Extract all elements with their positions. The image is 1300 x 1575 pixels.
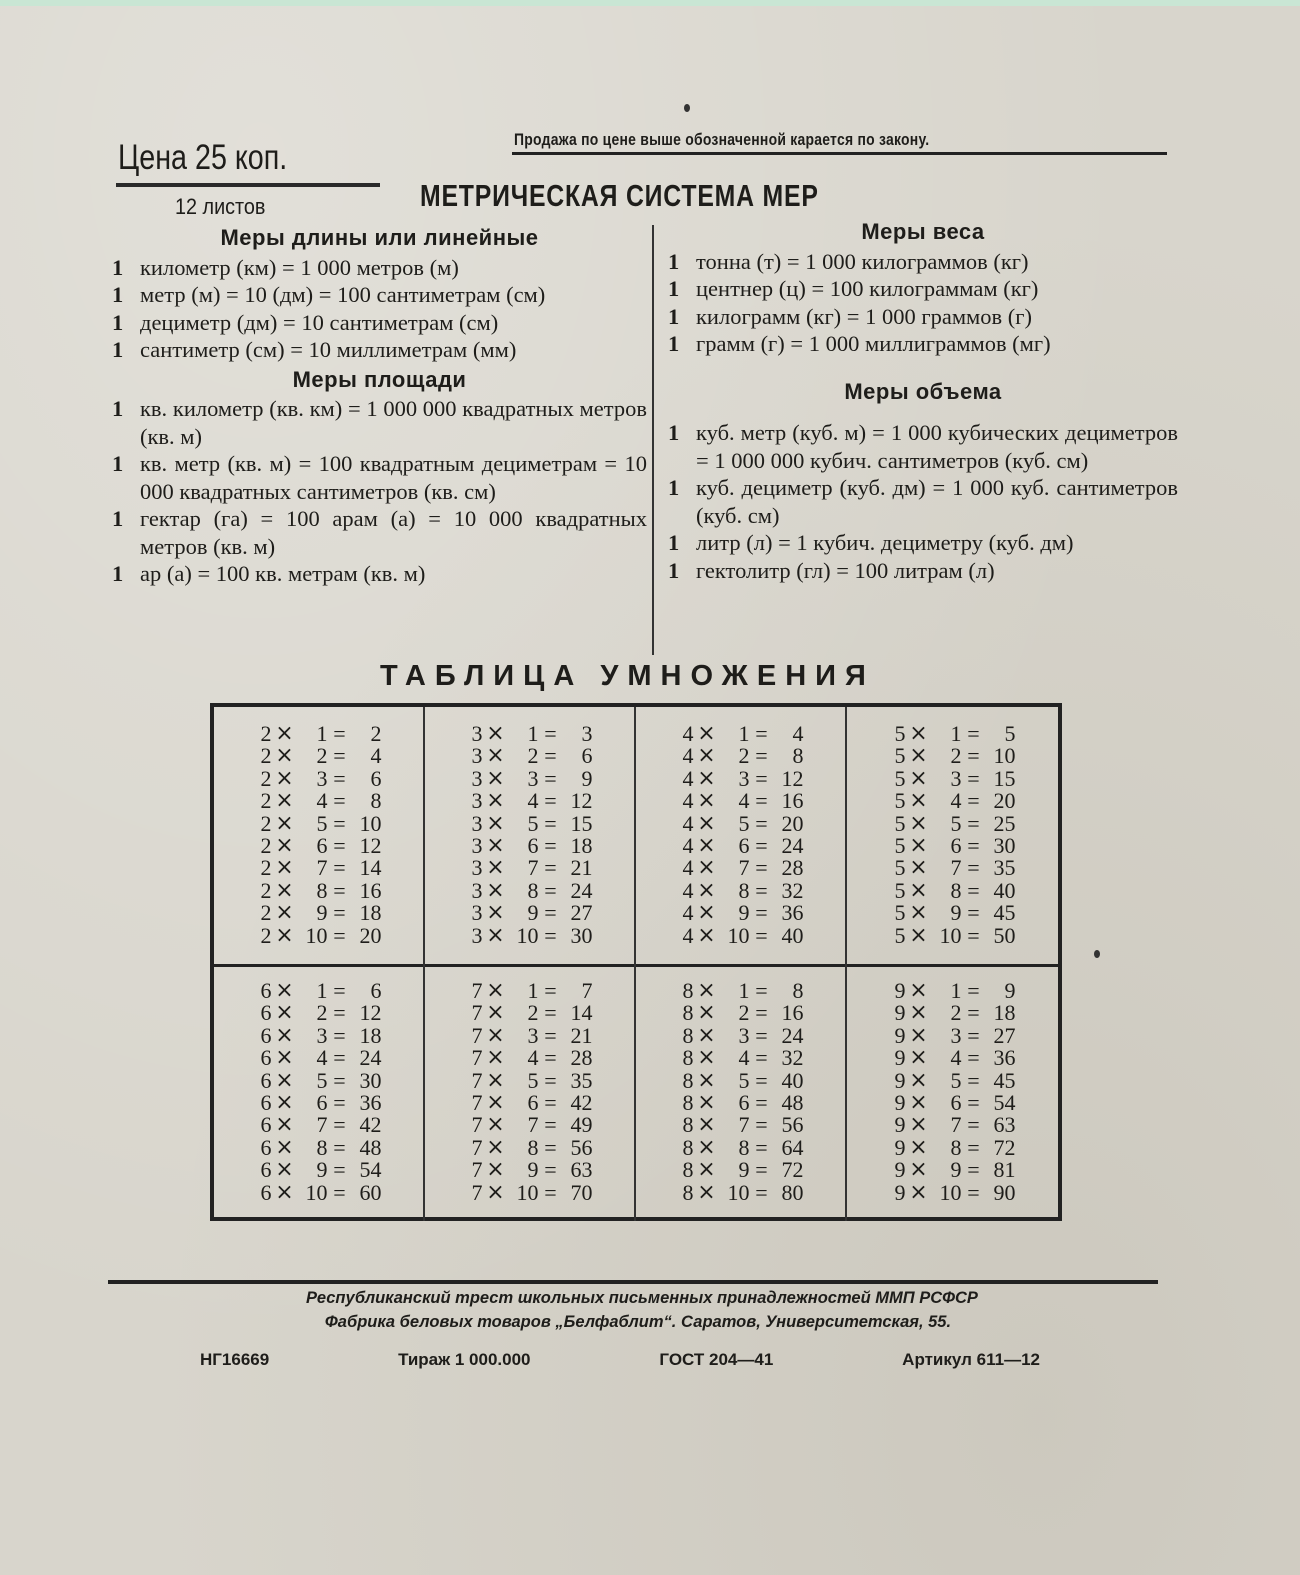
equals-sign: =	[328, 768, 352, 790]
multiplier-value: 9	[720, 1159, 750, 1181]
base-value: 8	[678, 1092, 694, 1114]
equals-sign: =	[962, 1182, 986, 1204]
times-icon: ×	[694, 857, 720, 879]
times-table-row: 6×1=6	[256, 980, 382, 1002]
result-value: 18	[352, 902, 382, 924]
times-table-row: 8×3=24	[678, 1025, 804, 1047]
result-value: 4	[774, 723, 804, 745]
times-icon: ×	[906, 1002, 932, 1024]
times-icon: ×	[906, 745, 932, 767]
multiplier-value: 6	[720, 1092, 750, 1114]
times-table-rows: 8×1=88×2=168×3=248×4=328×5=408×6=488×7=5…	[678, 980, 804, 1221]
result-value: 3	[563, 723, 593, 745]
times-table-5: 5×1=55×2=105×3=155×4=205×5=255×6=305×7=3…	[847, 707, 1058, 964]
times-table-row: 6×6=36	[256, 1092, 382, 1114]
result-value: 49	[563, 1114, 593, 1136]
multiplier-value: 5	[720, 1070, 750, 1092]
result-value: 6	[352, 768, 382, 790]
times-icon: ×	[272, 925, 298, 947]
equals-sign: =	[750, 1114, 774, 1136]
result-value: 63	[986, 1114, 1016, 1136]
times-table-row: 9×2=18	[890, 1002, 1016, 1024]
times-icon: ×	[272, 902, 298, 924]
equals-sign: =	[962, 835, 986, 857]
multiplier-value: 8	[509, 1137, 539, 1159]
times-table-row: 2×3=6	[256, 768, 382, 790]
result-value: 24	[774, 1025, 804, 1047]
base-value: 2	[256, 835, 272, 857]
multiplier-value: 2	[932, 745, 962, 767]
multiplier-value: 2	[298, 745, 328, 767]
equals-sign: =	[539, 768, 563, 790]
notebook-back-cover: Цена 25 коп. 12 листов Продажа по цене в…	[0, 0, 1300, 1575]
equals-sign: =	[750, 1159, 774, 1181]
base-value: 7	[467, 1137, 483, 1159]
result-value: 8	[352, 790, 382, 812]
times-table-row: 3×6=18	[467, 835, 593, 857]
equals-sign: =	[750, 1025, 774, 1047]
equals-sign: =	[328, 1047, 352, 1069]
result-value: 5	[986, 723, 1016, 745]
times-icon: ×	[272, 813, 298, 835]
base-value: 7	[467, 1092, 483, 1114]
equals-sign: =	[962, 1002, 986, 1024]
equals-sign: =	[750, 1182, 774, 1204]
multiplier-value: 10	[720, 1182, 750, 1204]
base-value: 5	[890, 835, 906, 857]
notice-underline	[512, 152, 1167, 155]
times-table-row: 8×7=56	[678, 1114, 804, 1136]
multiplier-value: 8	[298, 880, 328, 902]
section-gap	[668, 358, 1178, 376]
equals-sign: =	[962, 980, 986, 1002]
times-table-row: 2×9=18	[256, 902, 382, 924]
multiplier-value: 3	[720, 768, 750, 790]
times-icon: ×	[272, 1070, 298, 1092]
times-icon: ×	[272, 768, 298, 790]
multiplier-value: 8	[932, 1137, 962, 1159]
times-icon: ×	[272, 1047, 298, 1069]
times-table-row: 8×6=48	[678, 1092, 804, 1114]
weight-entry: 1тонна (т) = 1 000 килограммов (кг)	[668, 248, 1178, 276]
result-value: 70	[563, 1182, 593, 1204]
times-table-row: 6×4=24	[256, 1047, 382, 1069]
result-value: 42	[563, 1092, 593, 1114]
multiplier-value: 7	[932, 857, 962, 879]
base-value: 7	[467, 1182, 483, 1204]
times-table-row: 6×9=54	[256, 1159, 382, 1181]
volume-section-title: Меры объема	[668, 378, 1178, 406]
base-value: 4	[678, 835, 694, 857]
base-value: 3	[467, 902, 483, 924]
multiplier-value: 9	[509, 1159, 539, 1181]
times-icon: ×	[272, 835, 298, 857]
weight-entry: 1грамм (г) = 1 000 миллиграммов (мг)	[668, 330, 1178, 358]
times-table-row: 8×9=72	[678, 1159, 804, 1181]
times-table-row: 9×9=81	[890, 1159, 1016, 1181]
base-value: 3	[467, 925, 483, 947]
base-value: 7	[467, 1159, 483, 1181]
equals-sign: =	[539, 1092, 563, 1114]
times-icon: ×	[483, 1114, 509, 1136]
times-table-row: 2×6=12	[256, 835, 382, 857]
result-value: 27	[986, 1025, 1016, 1047]
times-table-rows: 7×1=77×2=147×3=217×4=287×5=357×6=427×7=4…	[467, 980, 593, 1221]
result-value: 50	[986, 925, 1016, 947]
result-value: 9	[986, 980, 1016, 1002]
base-value: 4	[678, 723, 694, 745]
times-icon: ×	[694, 1182, 720, 1204]
times-table-4: 4×1=44×2=84×3=124×4=164×5=204×6=244×7=28…	[636, 707, 847, 964]
times-icon: ×	[906, 857, 932, 879]
multiplier-value: 9	[720, 902, 750, 924]
times-table-row: 5×10=50	[890, 925, 1016, 947]
multiplier-value: 2	[298, 1002, 328, 1024]
base-value: 2	[256, 768, 272, 790]
base-value: 7	[467, 1114, 483, 1136]
equals-sign: =	[750, 980, 774, 1002]
multiplier-value: 4	[509, 1047, 539, 1069]
times-table-row: 7×10=70	[467, 1182, 593, 1204]
base-value: 5	[890, 925, 906, 947]
times-table-row: 3×7=21	[467, 857, 593, 879]
equals-sign: =	[328, 857, 352, 879]
result-value: 24	[774, 835, 804, 857]
print-code: НГ16669	[200, 1350, 269, 1370]
result-value: 12	[352, 1002, 382, 1024]
result-value: 56	[563, 1137, 593, 1159]
times-table-row: 2×5=10	[256, 813, 382, 835]
times-icon: ×	[272, 1159, 298, 1181]
result-value: 45	[986, 902, 1016, 924]
result-value: 8	[774, 980, 804, 1002]
equals-sign: =	[539, 1025, 563, 1047]
times-table-row: 5×8=40	[890, 880, 1016, 902]
result-value: 32	[774, 1047, 804, 1069]
area-entry: 1ар (а) = 100 кв. метрам (кв. м)	[112, 560, 647, 588]
base-value: 2	[256, 745, 272, 767]
times-icon: ×	[483, 880, 509, 902]
result-value: 35	[986, 857, 1016, 879]
multiplier-value: 4	[932, 1047, 962, 1069]
result-value: 25	[986, 813, 1016, 835]
multiplier-value: 1	[298, 723, 328, 745]
times-table-row: 9×8=72	[890, 1137, 1016, 1159]
equals-sign: =	[750, 723, 774, 745]
times-icon: ×	[694, 1070, 720, 1092]
equals-sign: =	[328, 723, 352, 745]
equals-sign: =	[328, 835, 352, 857]
times-table-rows: 9×1=99×2=189×3=279×4=369×5=459×6=549×7=6…	[890, 980, 1016, 1221]
base-value: 6	[256, 980, 272, 1002]
multiplier-value: 3	[932, 768, 962, 790]
multiplier-value: 2	[509, 1002, 539, 1024]
base-value: 2	[256, 857, 272, 879]
multiplier-value: 4	[720, 790, 750, 812]
times-table-8: 8×1=88×2=168×3=248×4=328×5=408×6=488×7=5…	[636, 964, 847, 1221]
times-table-row: 6×3=18	[256, 1025, 382, 1047]
multiplier-value: 1	[932, 980, 962, 1002]
volume-entry: 1куб. дециметр (куб. дм) = 1 000 куб. са…	[668, 474, 1178, 529]
equals-sign: =	[962, 857, 986, 879]
times-icon: ×	[272, 745, 298, 767]
times-icon: ×	[694, 902, 720, 924]
result-value: 14	[563, 1002, 593, 1024]
equals-sign: =	[539, 1182, 563, 1204]
multiplier-value: 4	[932, 790, 962, 812]
base-value: 9	[890, 1070, 906, 1092]
equals-sign: =	[750, 745, 774, 767]
multiplier-value: 2	[932, 1002, 962, 1024]
result-value: 15	[563, 813, 593, 835]
times-table-row: 7×1=7	[467, 980, 593, 1002]
result-value: 40	[774, 1070, 804, 1092]
length-entry: 1километр (км) = 1 000 метров (м)	[112, 254, 647, 282]
multiplier-value: 6	[509, 835, 539, 857]
multiplier-value: 9	[932, 1159, 962, 1181]
equals-sign: =	[962, 925, 986, 947]
times-table-row: 9×3=27	[890, 1025, 1016, 1047]
times-icon: ×	[483, 1137, 509, 1159]
times-icon: ×	[272, 980, 298, 1002]
times-table-rows: 4×1=44×2=84×3=124×4=164×5=204×6=244×7=28…	[678, 723, 804, 964]
price-label: Цена 25 коп.	[118, 138, 287, 178]
equals-sign: =	[539, 857, 563, 879]
multiplier-value: 3	[932, 1025, 962, 1047]
result-value: 56	[774, 1114, 804, 1136]
equals-sign: =	[328, 1070, 352, 1092]
result-value: 12	[774, 768, 804, 790]
multiplication-table: 2×1=22×2=42×3=62×4=82×5=102×6=122×7=142×…	[210, 703, 1062, 1221]
equals-sign: =	[962, 1114, 986, 1136]
multiplier-value: 3	[509, 1025, 539, 1047]
base-value: 6	[256, 1047, 272, 1069]
result-value: 24	[352, 1047, 382, 1069]
equals-sign: =	[328, 1159, 352, 1181]
base-value: 3	[467, 745, 483, 767]
base-value: 7	[467, 1025, 483, 1047]
multiplier-value: 9	[298, 902, 328, 924]
base-value: 4	[678, 857, 694, 879]
result-value: 18	[352, 1025, 382, 1047]
multiplier-value: 9	[509, 902, 539, 924]
times-icon: ×	[483, 857, 509, 879]
multiplier-value: 4	[298, 1047, 328, 1069]
times-table-row: 5×3=15	[890, 768, 1016, 790]
price-underline	[116, 183, 380, 187]
equals-sign: =	[750, 902, 774, 924]
times-table-row: 6×8=48	[256, 1137, 382, 1159]
times-icon: ×	[483, 723, 509, 745]
base-value: 4	[678, 813, 694, 835]
times-icon: ×	[694, 723, 720, 745]
equals-sign: =	[328, 1137, 352, 1159]
times-icon: ×	[483, 925, 509, 947]
times-icon: ×	[694, 1114, 720, 1136]
base-value: 6	[256, 1092, 272, 1114]
equals-sign: =	[328, 1002, 352, 1024]
times-table-row: 8×2=16	[678, 1002, 804, 1024]
base-value: 7	[467, 1002, 483, 1024]
times-table-row: 4×4=16	[678, 790, 804, 812]
equals-sign: =	[962, 790, 986, 812]
times-table-row: 5×1=5	[890, 723, 1016, 745]
times-icon: ×	[906, 980, 932, 1002]
result-value: 35	[563, 1070, 593, 1092]
equals-sign: =	[328, 902, 352, 924]
length-section-title: Меры длины или линейные	[112, 224, 647, 252]
base-value: 9	[890, 1137, 906, 1159]
times-table-row: 4×7=28	[678, 857, 804, 879]
times-icon: ×	[483, 1182, 509, 1204]
times-table-row: 7×3=21	[467, 1025, 593, 1047]
result-value: 30	[563, 925, 593, 947]
times-table-row: 4×1=4	[678, 723, 804, 745]
base-value: 6	[256, 1025, 272, 1047]
base-value: 5	[890, 790, 906, 812]
times-icon: ×	[483, 835, 509, 857]
base-value: 3	[467, 880, 483, 902]
area-section-title: Меры площади	[112, 366, 647, 394]
times-table-row: 3×10=30	[467, 925, 593, 947]
gost-standard: ГОСТ 204—41	[659, 1350, 773, 1370]
times-icon: ×	[483, 1047, 509, 1069]
base-value: 7	[467, 1070, 483, 1092]
base-value: 9	[890, 1159, 906, 1181]
times-icon: ×	[483, 768, 509, 790]
right-column: Меры веса 1тонна (т) = 1 000 килограммов…	[668, 216, 1178, 584]
equals-sign: =	[328, 980, 352, 1002]
times-icon: ×	[906, 1070, 932, 1092]
equals-sign: =	[962, 1092, 986, 1114]
result-value: 6	[352, 980, 382, 1002]
base-value: 5	[890, 768, 906, 790]
times-table-row: 5×5=25	[890, 813, 1016, 835]
equals-sign: =	[539, 813, 563, 835]
base-value: 4	[678, 768, 694, 790]
times-icon: ×	[272, 857, 298, 879]
multiplier-value: 7	[509, 857, 539, 879]
times-table-rows: 6×1=66×2=126×3=186×4=246×5=306×6=366×7=4…	[256, 980, 382, 1221]
times-table-row: 3×1=3	[467, 723, 593, 745]
times-table-rows: 5×1=55×2=105×3=155×4=205×5=255×6=305×7=3…	[890, 723, 1016, 964]
equals-sign: =	[539, 1114, 563, 1136]
multiplier-value: 10	[509, 925, 539, 947]
base-value: 4	[678, 880, 694, 902]
multiplier-value: 7	[720, 1114, 750, 1136]
times-icon: ×	[272, 880, 298, 902]
multiplier-value: 8	[298, 1137, 328, 1159]
times-table-row: 2×1=2	[256, 723, 382, 745]
result-value: 20	[986, 790, 1016, 812]
multiplier-value: 6	[720, 835, 750, 857]
multiplication-table-title: ТАБЛИЦА УМНОЖЕНИЯ	[380, 660, 875, 693]
base-value: 5	[890, 723, 906, 745]
equals-sign: =	[539, 1002, 563, 1024]
weight-entry: 1центнер (ц) = 100 килограммам (кг)	[668, 275, 1178, 303]
times-icon: ×	[694, 1137, 720, 1159]
base-value: 5	[890, 745, 906, 767]
base-value: 3	[467, 835, 483, 857]
equals-sign: =	[539, 1047, 563, 1069]
area-list: 1кв. километр (кв. км) = 1 000 000 квадр…	[112, 395, 647, 588]
result-value: 12	[352, 835, 382, 857]
multiplier-value: 4	[298, 790, 328, 812]
base-value: 6	[256, 1002, 272, 1024]
times-table-row: 9×6=54	[890, 1092, 1016, 1114]
multiplier-value: 6	[932, 835, 962, 857]
base-value: 7	[467, 1047, 483, 1069]
result-value: 7	[563, 980, 593, 1002]
result-value: 9	[563, 768, 593, 790]
times-icon: ×	[694, 835, 720, 857]
weight-entry: 1килограмм (кг) = 1 000 граммов (г)	[668, 303, 1178, 331]
multiplier-value: 2	[720, 745, 750, 767]
volume-entry: 1литр (л) = 1 кубич. дециметру (куб. дм)	[668, 529, 1178, 557]
equals-sign: =	[750, 790, 774, 812]
times-icon: ×	[694, 980, 720, 1002]
times-table-row: 2×10=20	[256, 925, 382, 947]
result-value: 15	[986, 768, 1016, 790]
equals-sign: =	[328, 1114, 352, 1136]
base-value: 4	[678, 745, 694, 767]
multiplier-value: 9	[298, 1159, 328, 1181]
base-value: 7	[467, 980, 483, 1002]
result-value: 80	[774, 1182, 804, 1204]
base-value: 2	[256, 723, 272, 745]
multiplier-value: 10	[509, 1182, 539, 1204]
times-icon: ×	[483, 745, 509, 767]
equals-sign: =	[962, 1137, 986, 1159]
area-entry: 1кв. метр (кв. м) = 100 квадратным децим…	[112, 450, 647, 505]
multiplier-value: 6	[298, 835, 328, 857]
publisher-line: Республиканский трест школьных письменны…	[0, 1289, 1292, 1308]
equals-sign: =	[750, 857, 774, 879]
times-table-2: 2×1=22×2=42×3=62×4=82×5=102×6=122×7=142×…	[214, 707, 425, 964]
base-value: 3	[467, 857, 483, 879]
equals-sign: =	[539, 902, 563, 924]
base-value: 9	[890, 1002, 906, 1024]
result-value: 32	[774, 880, 804, 902]
times-table-row: 5×6=30	[890, 835, 1016, 857]
times-table-row: 5×2=10	[890, 745, 1016, 767]
result-value: 42	[352, 1114, 382, 1136]
times-table-row: 4×10=40	[678, 925, 804, 947]
result-value: 21	[563, 1025, 593, 1047]
section-gap	[668, 407, 1178, 419]
volume-list: 1куб. метр (куб. м) = 1 000 кубических д…	[668, 419, 1178, 584]
times-icon: ×	[906, 768, 932, 790]
times-icon: ×	[694, 880, 720, 902]
result-value: 81	[986, 1159, 1016, 1181]
result-value: 27	[563, 902, 593, 924]
multiplier-value: 3	[298, 1025, 328, 1047]
result-value: 60	[352, 1182, 382, 1204]
result-value: 45	[986, 1070, 1016, 1092]
multiplier-value: 10	[932, 1182, 962, 1204]
multiplier-value: 5	[298, 1070, 328, 1092]
sale-notice: Продажа по цене выше обозначенной карает…	[514, 130, 1047, 150]
multiplier-value: 6	[509, 1092, 539, 1114]
times-table-row: 7×7=49	[467, 1114, 593, 1136]
result-value: 6	[563, 745, 593, 767]
base-value: 5	[890, 902, 906, 924]
times-table-row: 3×8=24	[467, 880, 593, 902]
equals-sign: =	[962, 813, 986, 835]
times-icon: ×	[906, 1092, 932, 1114]
equals-sign: =	[328, 745, 352, 767]
result-value: 63	[563, 1159, 593, 1181]
